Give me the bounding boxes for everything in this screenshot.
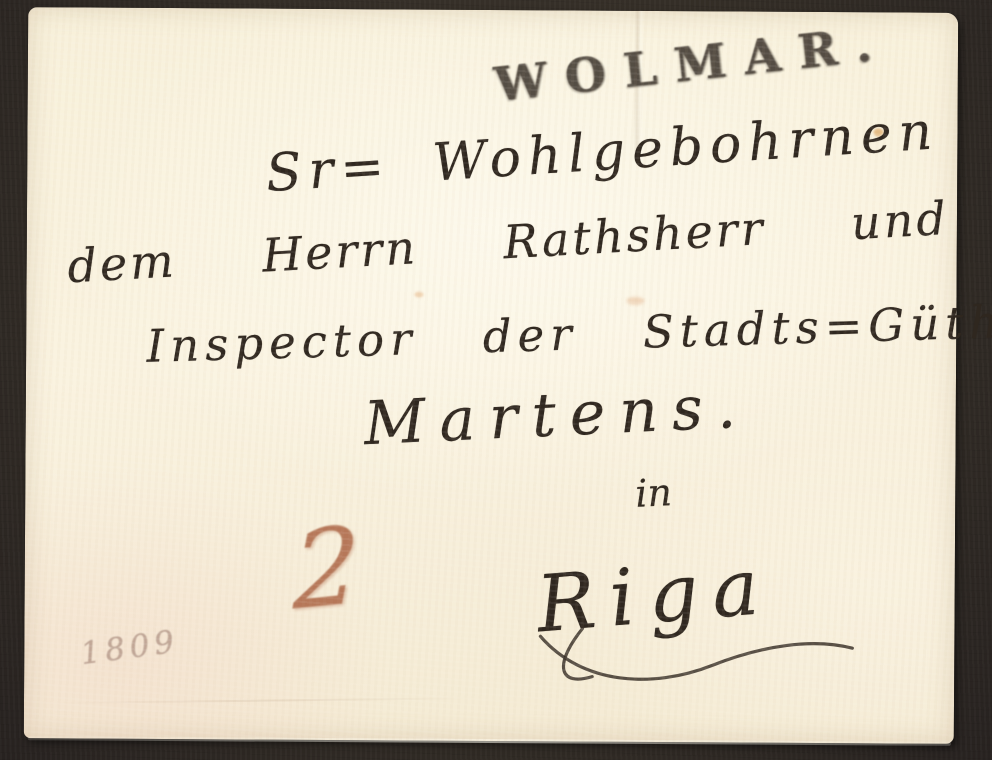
address-line-title: dem Herrn Rathsherr und <box>66 191 950 293</box>
honorific-text: Wohlgebohrnen <box>431 101 941 193</box>
salutation-abbreviation: Sr= <box>264 136 393 204</box>
address-line-city: Riga <box>533 542 776 651</box>
postmark-stamp: WOLMAR. <box>492 16 892 113</box>
paper-edge-highlight <box>28 736 951 746</box>
photo-of-postal-cover: WOLMAR. Sr=Wohlgebohrnen dem Herrn Raths… <box>0 0 992 760</box>
paper-stain <box>626 297 644 305</box>
address-line-office: Inspector der Stadts=Güther <box>146 293 992 372</box>
address-salutation-line: Sr=Wohlgebohrnen <box>264 101 941 204</box>
address-line-in: in <box>634 470 673 516</box>
postage-rate-marking: 2 <box>293 503 361 633</box>
address-line-name: Martens. <box>362 372 751 460</box>
envelope: WOLMAR. Sr=Wohlgebohrnen dem Herrn Raths… <box>24 7 958 744</box>
bottom-crease <box>54 697 474 704</box>
paper-stain <box>414 292 423 298</box>
pencil-year-annotation: 1809 <box>78 623 181 672</box>
